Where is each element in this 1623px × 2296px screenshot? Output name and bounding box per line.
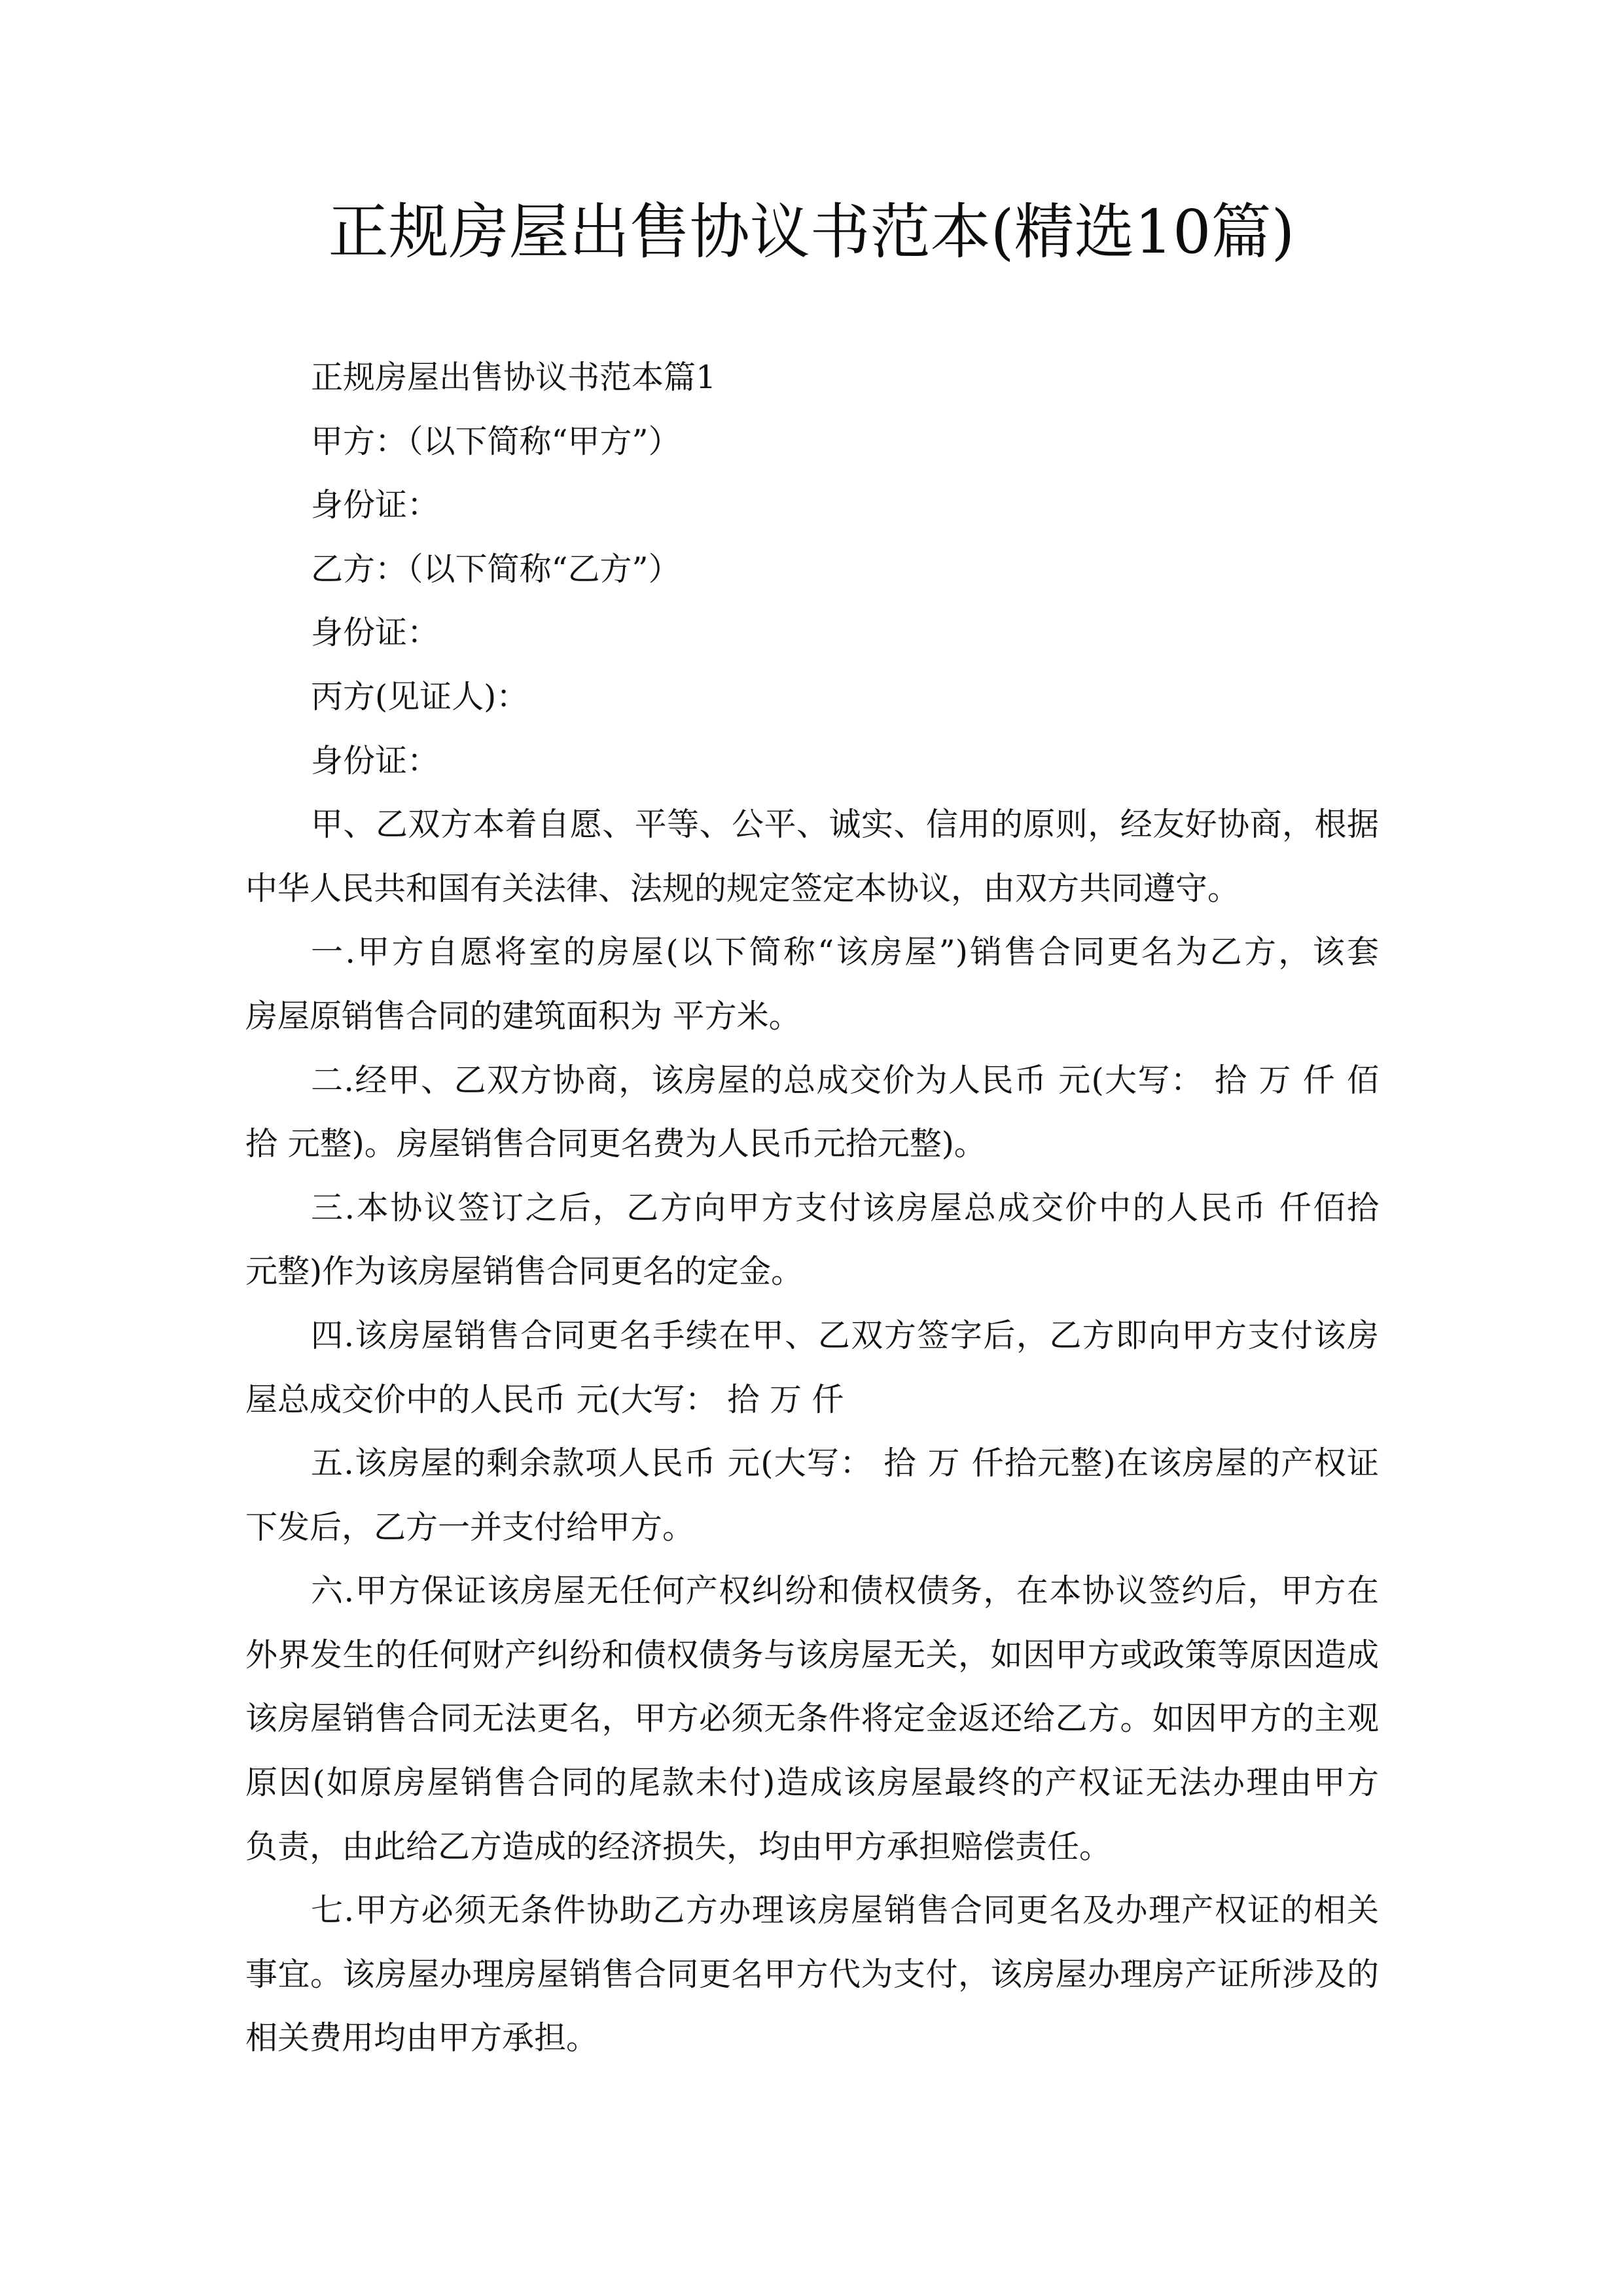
text-line: 事宜。该房屋办理房屋销售合同更名甲方代为支付，该房屋办理房产证所涉及的 [245, 1943, 1379, 2007]
clause-1: 一.甲方自愿将室的房屋(以下简称“该房屋”)销售合同更名为乙方，该套 房屋原销售… [245, 920, 1379, 1048]
text-line: 负责，由此给乙方造成的经济损失，均由甲方承担赔偿责任。 [245, 1815, 1379, 1879]
party-b-id-line: 身份证： [245, 601, 1379, 665]
text-line: 二.经甲、乙双方协商，该房屋的总成交价为人民币 元(大写： 拾 万 仟 佰 [245, 1049, 1379, 1113]
party-c-id-line: 身份证： [245, 729, 1379, 793]
document-body: 正规房屋出售协议书范本篇1 甲方：（以下简称“甲方”） 身份证： 乙方：（以下简… [245, 346, 1379, 2070]
text-line: 相关费用均由甲方承担。 [245, 2006, 1379, 2070]
text-line: 五.该房屋的剩余款项人民币 元(大写： 拾 万 仟拾元整)在该房屋的产权证 [245, 1431, 1379, 1496]
clause-4: 四.该房屋销售合同更名手续在甲、乙双方签字后，乙方即向甲方支付该房 屋总成交价中… [245, 1304, 1379, 1431]
text-line: 中华人民共和国有关法律、法规的规定签定本协议，由双方共同遵守。 [245, 857, 1379, 921]
text-line: 七.甲方必须无条件协助乙方办理该房屋销售合同更名及办理产权证的相关 [245, 1878, 1379, 1943]
text-line: 外界发生的任何财产纠纷和债权债务与该房屋无关，如因甲方或政策等原因造成 [245, 1623, 1379, 1687]
text-line: 下发后，乙方一并支付给甲方。 [245, 1496, 1379, 1560]
party-c-witness-line: 丙方(见证人)： [245, 665, 1379, 729]
paragraph-preamble: 甲、乙双方本着自愿、平等、公平、诚实、信用的原则，经友好协商，根据 中华人民共和… [245, 793, 1379, 920]
text-line: 甲、乙双方本着自愿、平等、公平、诚实、信用的原则，经友好协商，根据 [245, 793, 1379, 857]
text-line: 三.本协议签订之后，乙方向甲方支付该房屋总成交价中的人民币 仟佰拾 [245, 1176, 1379, 1240]
text-line: 四.该房屋销售合同更名手续在甲、乙双方签字后，乙方即向甲方支付该房 [245, 1304, 1379, 1368]
text-line: 元整)作为该房屋销售合同更名的定金。 [245, 1240, 1379, 1304]
party-a-line: 甲方：（以下简称“甲方”） [245, 410, 1379, 474]
document-page: 正规房屋出售协议书范本(精选10篇) 正规房屋出售协议书范本篇1 甲方：（以下简… [0, 0, 1623, 2296]
party-a-id-line: 身份证： [245, 473, 1379, 537]
text-line: 六.甲方保证该房屋无任何产权纠纷和债权债务，在本协议签约后，甲方在 [245, 1559, 1379, 1623]
clause-3: 三.本协议签订之后，乙方向甲方支付该房屋总成交价中的人民币 仟佰拾 元整)作为该… [245, 1176, 1379, 1304]
text-line: 屋总成交价中的人民币 元(大写： 拾 万 仟 [245, 1368, 1379, 1432]
clause-5: 五.该房屋的剩余款项人民币 元(大写： 拾 万 仟拾元整)在该房屋的产权证 下发… [245, 1431, 1379, 1559]
clause-6: 六.甲方保证该房屋无任何产权纠纷和债权债务，在本协议签约后，甲方在 外界发生的任… [245, 1559, 1379, 1878]
text-line: 房屋原销售合同的建筑面积为 平方米。 [245, 984, 1379, 1049]
text-line: 一.甲方自愿将室的房屋(以下简称“该房屋”)销售合同更名为乙方，该套 [245, 920, 1379, 984]
party-b-line: 乙方：（以下简称“乙方”） [245, 537, 1379, 601]
clause-7: 七.甲方必须无条件协助乙方办理该房屋销售合同更名及办理产权证的相关 事宜。该房屋… [245, 1878, 1379, 2070]
clause-2: 二.经甲、乙双方协商，该房屋的总成交价为人民币 元(大写： 拾 万 仟 佰 拾 … [245, 1049, 1379, 1176]
document-title: 正规房屋出售协议书范本(精选10篇) [0, 196, 1623, 268]
text-line: 原因(如原房屋销售合同的尾款未付)造成该房屋最终的产权证无法办理由甲方 [245, 1751, 1379, 1815]
text-line: 该房屋销售合同无法更名，甲方必须无条件将定金返还给乙方。如因甲方的主观 [245, 1687, 1379, 1751]
section-heading: 正规房屋出售协议书范本篇1 [245, 346, 1379, 410]
text-line: 拾 元整)。房屋销售合同更名费为人民币元拾元整)。 [245, 1112, 1379, 1176]
